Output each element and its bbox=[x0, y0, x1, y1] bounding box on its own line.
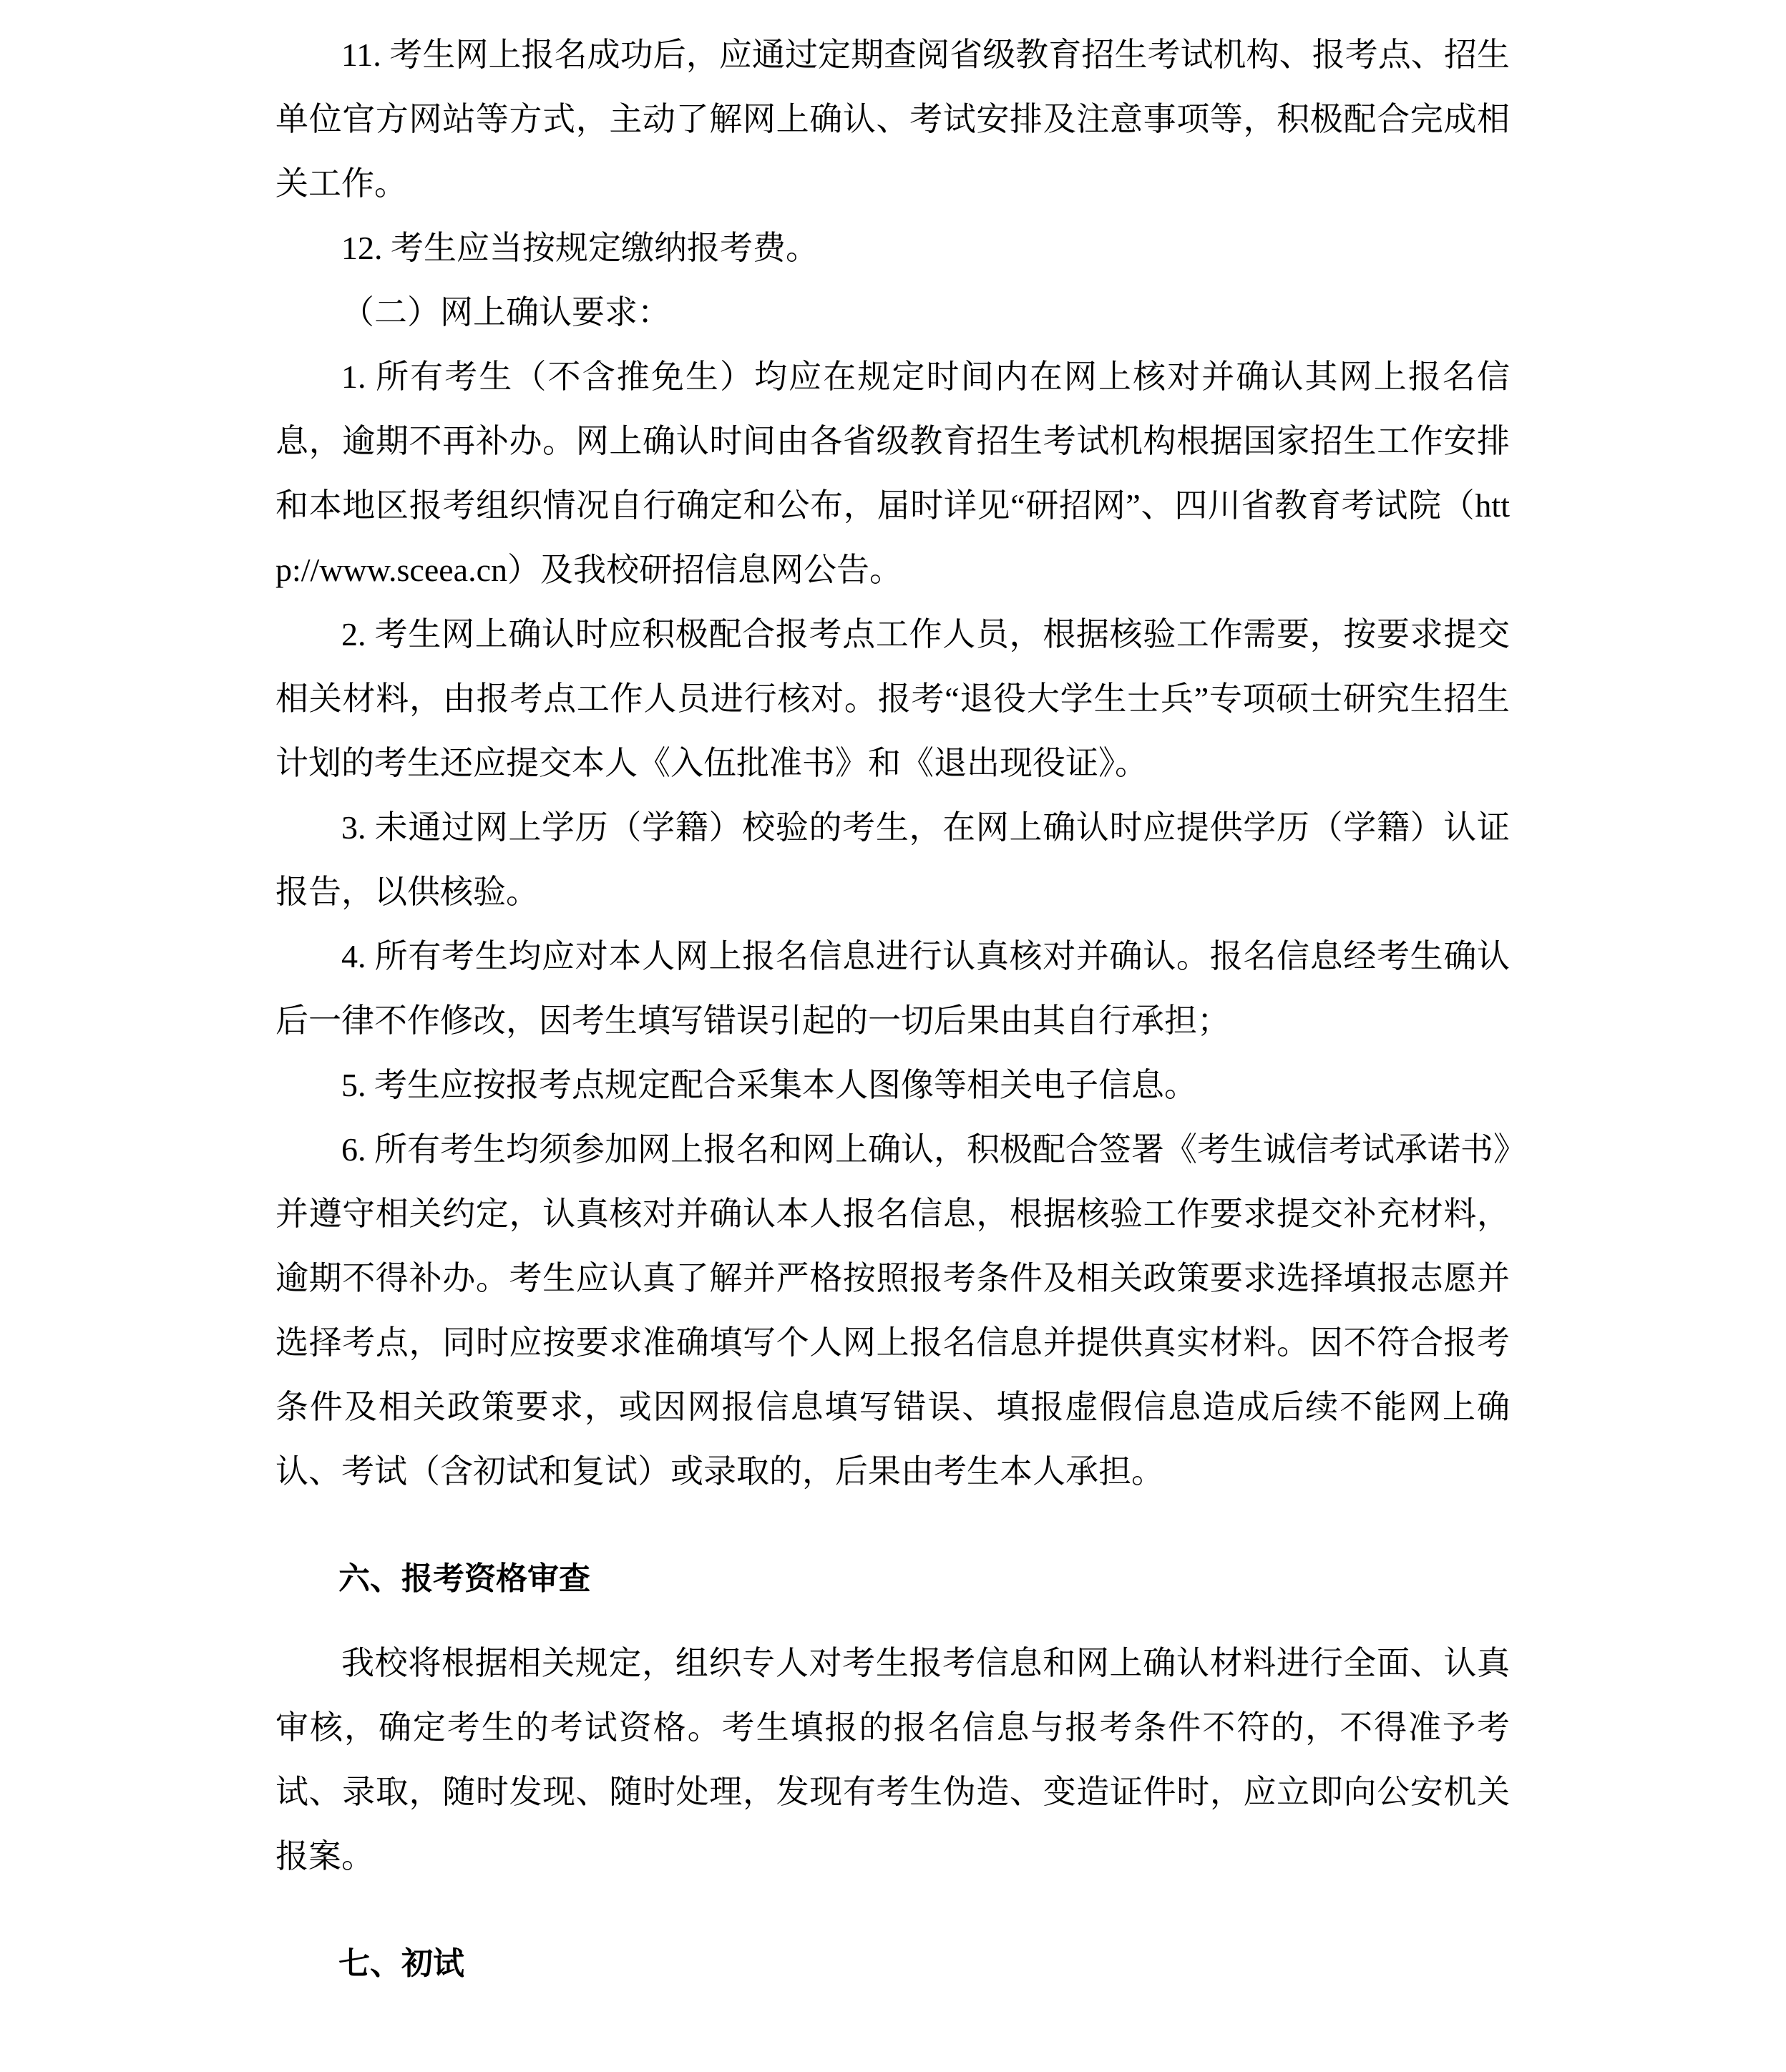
section-heading: 七、初试 bbox=[275, 1932, 1510, 1996]
section-heading: 六、报考资格审查 bbox=[275, 1547, 1510, 1611]
paragraph: 12. 考生应当按规定缴纳报考费。 bbox=[275, 216, 1510, 280]
paragraph: （二）网上确认要求： bbox=[275, 280, 1510, 345]
paragraph: 11. 考生网上报名成功后，应通过定期查阅省级教育招生考试机构、报考点、招生单位… bbox=[275, 23, 1510, 216]
paragraph: 3. 未通过网上学历（学籍）校验的考生，在网上确认时应提供学历（学籍）认证报告，… bbox=[275, 796, 1510, 924]
paragraph: 4. 所有考生均应对本人网上报名信息进行认真核对并确认。报名信息经考生确认后一律… bbox=[275, 924, 1510, 1053]
document-page: 11. 考生网上报名成功后，应通过定期查阅省级教育招生考试机构、报考点、招生单位… bbox=[0, 0, 1786, 2072]
paragraph: 5. 考生应按报考点规定配合采集本人图像等相关电子信息。 bbox=[275, 1053, 1510, 1118]
paragraph: 1. 所有考生（不含推免生）均应在规定时间内在网上核对并确认其网上报名信息，逾期… bbox=[275, 345, 1510, 602]
paragraph: 我校将根据相关规定，组织专人对考生报考信息和网上确认材料进行全面、认真审核，确定… bbox=[275, 1631, 1510, 1889]
document-content: 11. 考生网上报名成功后，应通过定期查阅省级教育招生考试机构、报考点、招生单位… bbox=[275, 23, 1510, 2016]
paragraph: 6. 所有考生均须参加网上报名和网上确认，积极配合签署《考生诚信考试承诺书》并遵… bbox=[275, 1118, 1510, 1504]
paragraph: 2. 考生网上确认时应积极配合报考点工作人员，根据核验工作需要，按要求提交相关材… bbox=[275, 602, 1510, 796]
